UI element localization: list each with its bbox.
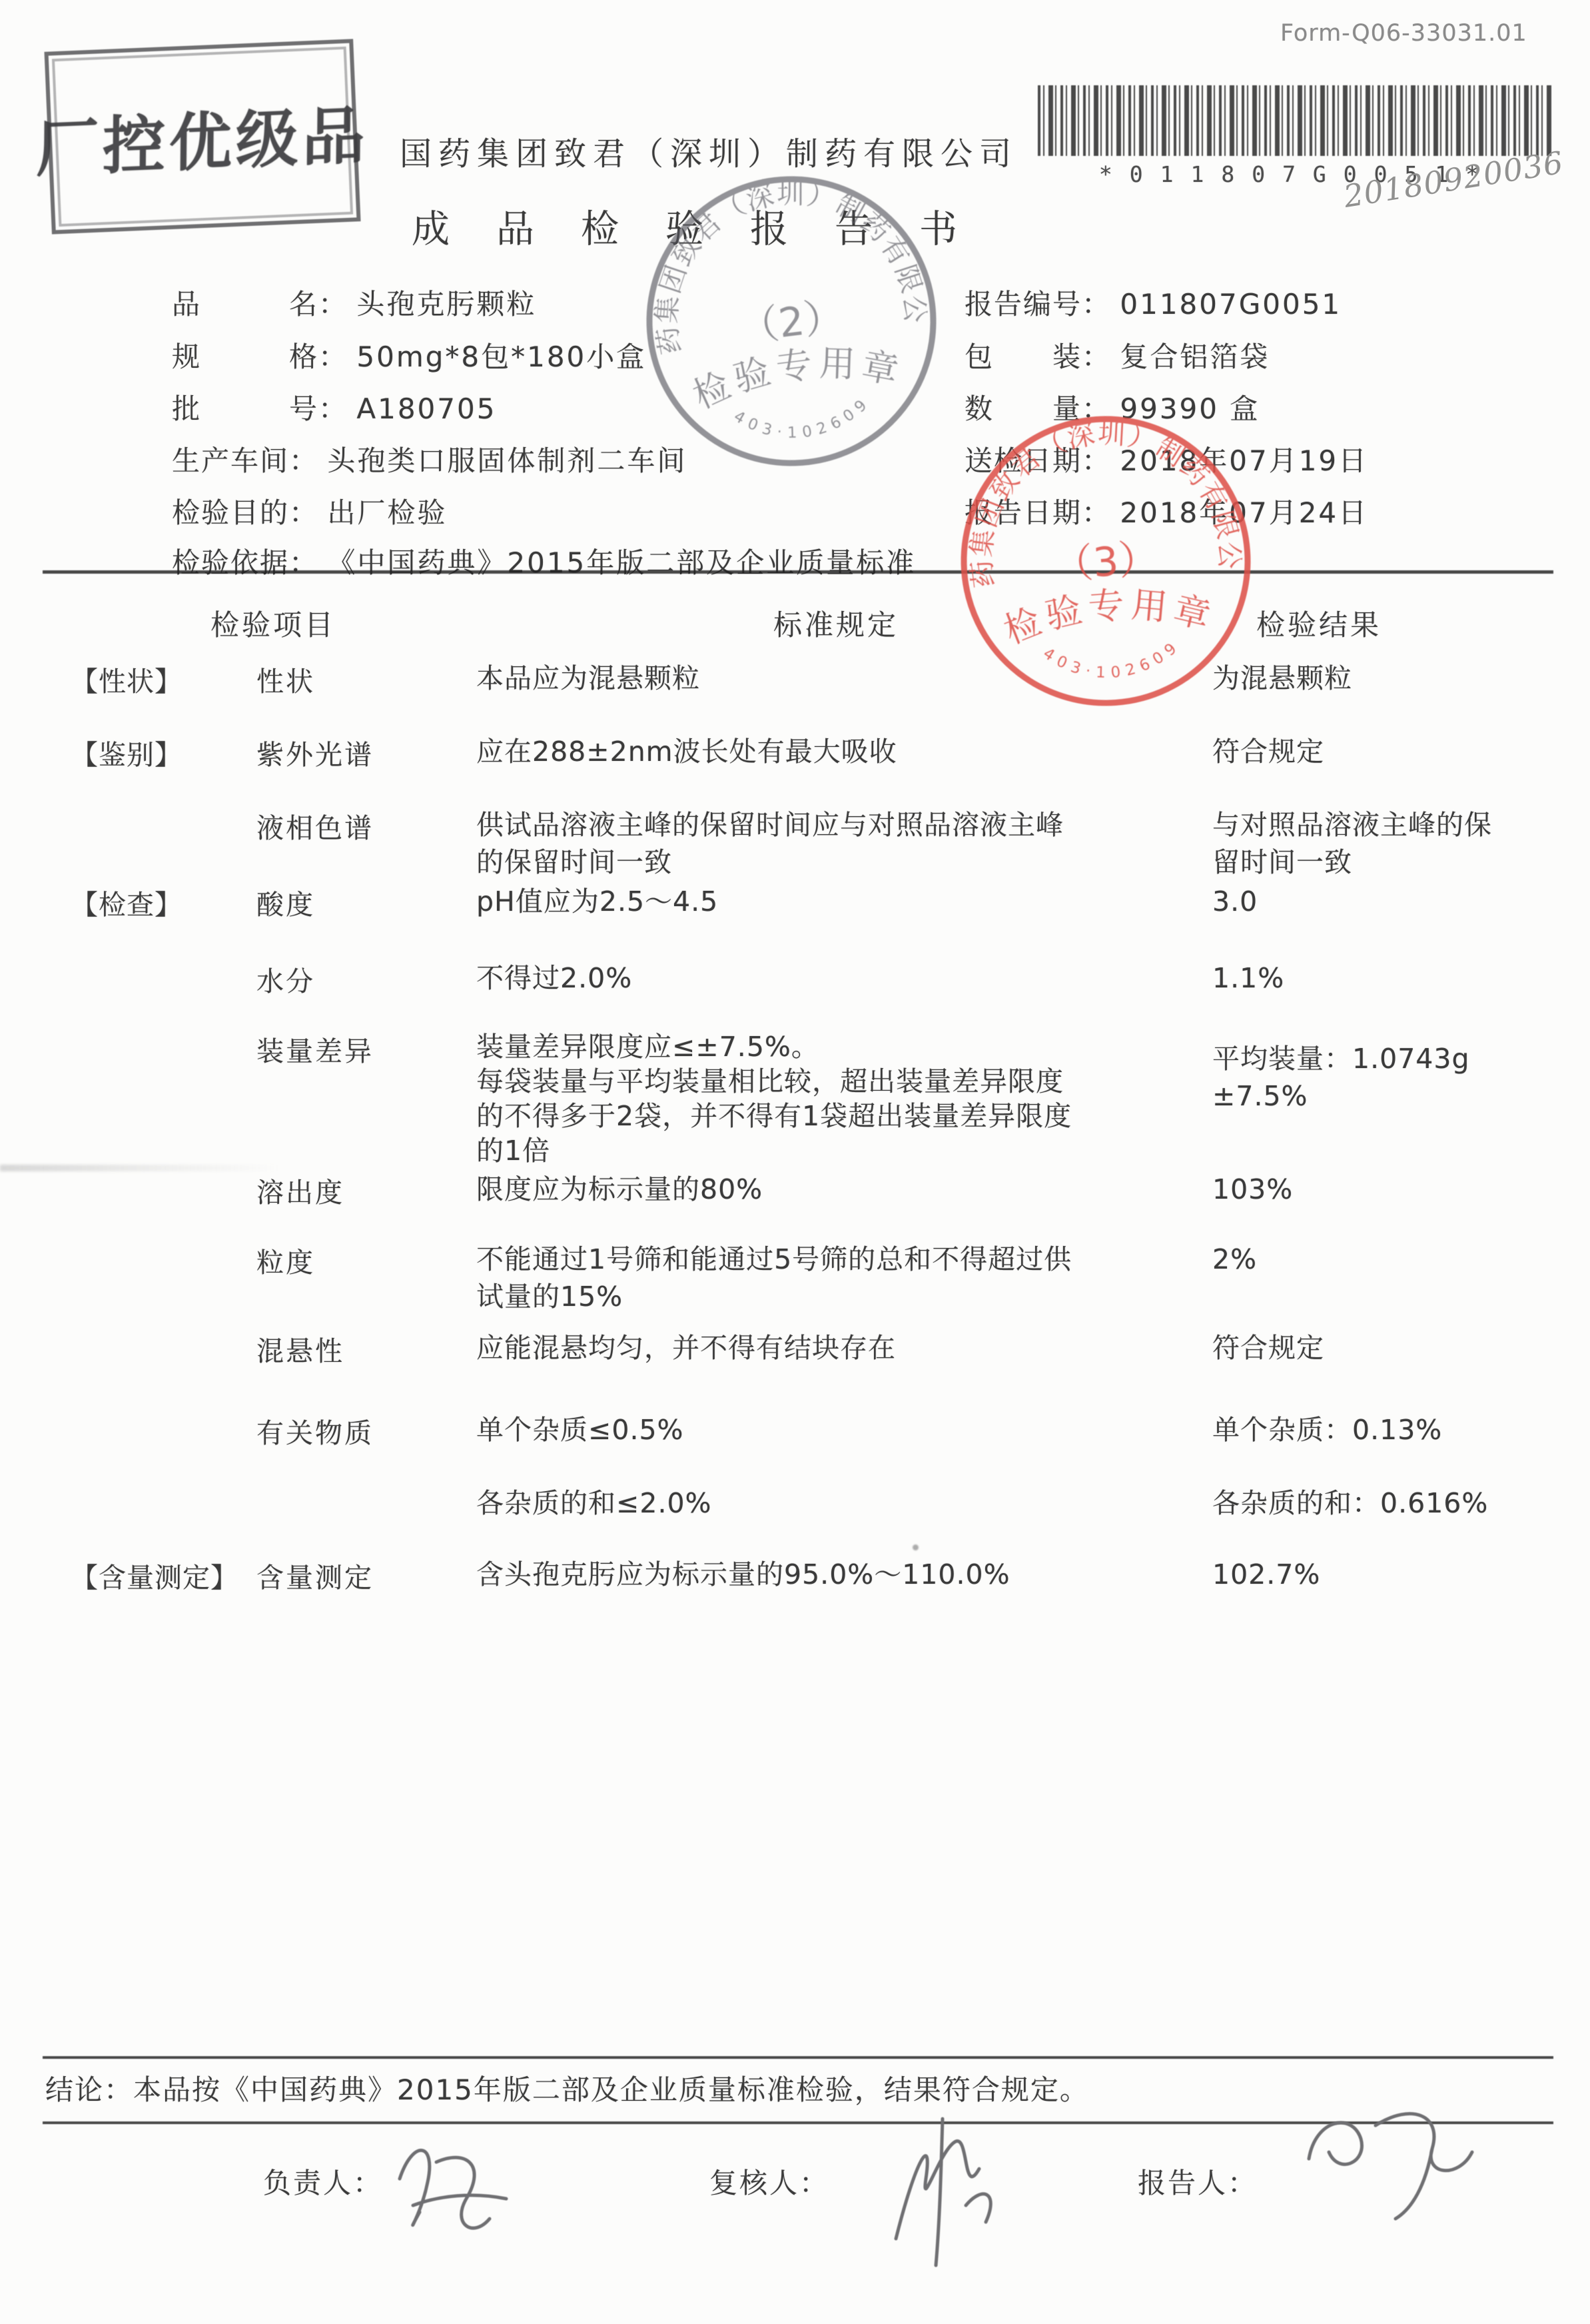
standard-spec: 各杂质的和≤2.0% — [476, 1484, 712, 1522]
responsible-person-label: 负责人： — [263, 2161, 383, 2201]
test-result: 3.0 — [1212, 883, 1258, 920]
spec-value: 50mg*8包*180小盒 — [356, 340, 646, 373]
test-result: 102.7% — [1212, 1556, 1320, 1593]
test-item: 混悬性 — [256, 1329, 344, 1369]
reporter-label: 报告人： — [1138, 2161, 1258, 2201]
test-result: 平均装量：1.0743g ±7.5% — [1212, 1040, 1470, 1115]
test-item: 含量测定 — [256, 1556, 374, 1595]
section-label: 【鉴别】 — [71, 733, 183, 772]
seal-label: 检验专用章 — [996, 577, 1222, 653]
standard-spec: pH值应为2.5～4.5 — [476, 883, 718, 920]
premium-grade-stamp-text: 厂控优级品 — [36, 85, 370, 189]
basis-label: 检验依据： — [172, 541, 318, 581]
package-value: 复合铝箔袋 — [1120, 340, 1270, 373]
seal-serial: 403·102609 — [729, 391, 878, 450]
conclusion-text: 结论：本品按《中国药典》2015年版二部及企业质量标准检验，结果符合规定。 — [45, 2068, 1089, 2108]
info-row-report-no: 报告编号： 011807G0051 — [965, 283, 1342, 322]
test-result: 1.1% — [1212, 959, 1284, 997]
test-result: 103% — [1212, 1171, 1293, 1208]
test-item: 液相色谱 — [256, 806, 374, 846]
standard-spec: 本品应为混悬颗粒 — [476, 660, 700, 697]
premium-grade-stamp: 厂控优级品 — [44, 39, 360, 234]
seal-serial: 403·102609 — [1039, 636, 1186, 687]
report-no-label: 报告编号： — [965, 283, 1111, 322]
column-header-standard: 标准规定 — [773, 603, 899, 644]
standard-spec: 不能通过1号筛和能通过5号筛的总和不得超过供 试量的15% — [476, 1241, 1072, 1315]
product-name-value: 头孢克肟颗粒 — [356, 288, 536, 320]
column-header-result: 检验结果 — [1256, 603, 1382, 644]
workshop-value: 头孢类口服固体制剂二车间 — [327, 444, 687, 477]
package-label: 包 装： — [965, 335, 1111, 375]
seal-number: （3） — [1052, 536, 1160, 590]
workshop-label: 生产车间： — [172, 439, 318, 479]
conclusion-top-rule — [43, 2056, 1553, 2059]
product-name-label: 品 名： — [172, 283, 348, 322]
info-row-basis: 检验依据： 《中国药典》2015年版二部及企业质量标准 — [172, 541, 916, 581]
test-item: 有关物质 — [256, 1411, 374, 1451]
inspection-seal-3: 国药集团致君（深圳）制药有限公司 （3） 检验专用章 403·102609 — [943, 398, 1270, 725]
standard-spec: 含头孢克肟应为标示量的95.0%～110.0% — [476, 1556, 1010, 1593]
responsible-person-signature — [373, 2125, 560, 2279]
test-item: 装量差异 — [256, 1029, 374, 1069]
test-item: 水分 — [256, 959, 315, 999]
reporter-signature — [1289, 2085, 1502, 2239]
test-item: 溶出度 — [256, 1171, 344, 1210]
inspection-seal-2: 国药集团致君（深圳）制药有限公司 （2） 检验专用章 403·102609 — [621, 151, 963, 492]
info-row-purpose: 检验目的： 出厂检验 — [172, 491, 447, 531]
standard-spec: 装量差异限度应≤±7.5%。 每袋装量与平均装量相比较，超出装量差异限度 的不得… — [476, 1029, 1072, 1168]
standard-spec: 供试品溶液主峰的保留时间应与对照品溶液主峰 的保留时间一致 — [476, 806, 1064, 881]
info-row-package: 包 装： 复合铝箔袋 — [965, 335, 1270, 375]
test-result: 2% — [1212, 1241, 1257, 1278]
test-result: 符合规定 — [1212, 1329, 1324, 1367]
section-label: 【含量测定】 — [71, 1556, 238, 1595]
purpose-label: 检验目的： — [172, 491, 318, 531]
form-number: Form-Q06-33031.01 — [1280, 20, 1527, 47]
test-item: 粒度 — [256, 1241, 315, 1280]
test-result: 符合规定 — [1212, 733, 1324, 770]
section-label: 【检查】 — [71, 883, 183, 922]
reviewer-signature — [856, 2105, 1042, 2279]
section-label: 【性状】 — [71, 660, 183, 699]
info-row-workshop: 生产车间： 头孢类口服固体制剂二车间 — [172, 439, 687, 479]
seal-label: 检验专用章 — [684, 331, 912, 418]
standard-spec: 应在288±2nm波长处有最大吸收 — [476, 733, 897, 770]
info-row-batch: 批 号： A180705 — [172, 387, 496, 427]
barcode-image — [1038, 85, 1552, 156]
batch-value: A180705 — [356, 392, 496, 425]
standard-spec: 应能混悬均匀，并不得有结块存在 — [476, 1329, 896, 1367]
inspection-report-page: 厂控优级品 Form-Q06-33031.01 *011807G0051* 20… — [0, 0, 1590, 2324]
test-item: 酸度 — [256, 883, 315, 922]
scan-smudge — [0, 1165, 280, 1171]
test-result: 各杂质的和：0.616% — [1212, 1484, 1488, 1522]
reviewer-label: 复核人： — [709, 2161, 829, 2201]
info-row-spec: 规 格： 50mg*8包*180小盒 — [172, 335, 646, 375]
standard-spec: 不得过2.0% — [476, 959, 632, 997]
test-item: 紫外光谱 — [256, 733, 374, 772]
purpose-value: 出厂检验 — [327, 496, 447, 529]
standard-spec: 限度应为标示量的80% — [476, 1171, 763, 1208]
standard-spec: 单个杂质≤0.5% — [476, 1411, 684, 1449]
basis-value: 《中国药典》2015年版二部及企业质量标准 — [327, 546, 916, 579]
test-result: 单个杂质：0.13% — [1212, 1411, 1442, 1449]
column-header-item: 检验项目 — [210, 603, 336, 644]
report-no-value: 011807G0051 — [1120, 288, 1342, 320]
table-top-rule — [43, 570, 1553, 574]
info-row-product-name: 品 名： 头孢克肟颗粒 — [172, 283, 536, 322]
spec-label: 规 格： — [172, 335, 348, 375]
test-item: 性状 — [256, 660, 315, 699]
scan-speck — [913, 1544, 919, 1550]
test-result: 与对照品溶液主峰的保 留时间一致 — [1212, 806, 1492, 881]
batch-label: 批 号： — [172, 387, 348, 427]
